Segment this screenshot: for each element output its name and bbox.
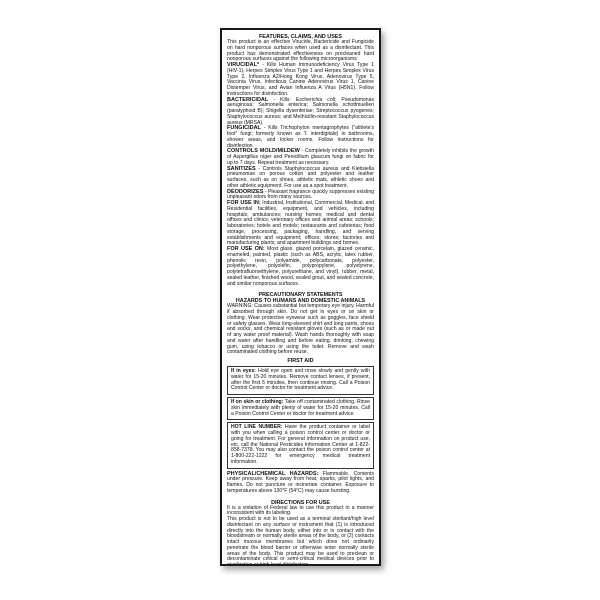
physical-hazards-text: PHYSICAL/CHEMICAL HAZARDS: Flammable. Co… xyxy=(227,472,374,495)
warning-text: WARNING: Causes substantial but temporar… xyxy=(227,304,374,356)
features-intro: This product is an effective Virucide, B… xyxy=(227,40,374,63)
first-aid-eyes-box: If in eyes: Hold eye open and rinse slow… xyxy=(227,366,374,395)
virucidal-claim: VIRUCIDAL* - Kills Human Immunodeficienc… xyxy=(227,63,374,98)
mold-claim: CONTROLS MOLD/MILDEW - Completely inhibi… xyxy=(227,149,374,166)
use-on-text: FOR USE ON: Most glass, glazed porcelain… xyxy=(227,247,374,287)
directions-restriction: This product is not to be used as a term… xyxy=(227,517,374,566)
first-aid-heading: FIRST AID xyxy=(227,358,374,364)
first-aid-boxes: If in eyes: Hold eye open and rinse slow… xyxy=(227,366,374,469)
bactericidal-claim: BACTERICIDAL - Kills: Escherichia coli; … xyxy=(227,98,374,127)
use-in-text: FOR USE IN: Industrial, Institutional, C… xyxy=(227,201,374,247)
sanitizes-claim: SANITIZES - Controls Staphylococcus aure… xyxy=(227,167,374,190)
first-aid-skin-box: If on skin or clothing: Take off contami… xyxy=(227,397,374,420)
fungicidal-claim: FUNGICIDAL - Kills Trichophyton mentagro… xyxy=(227,126,374,149)
product-label: FEATURES, CLAIMS, AND USES This product … xyxy=(220,28,381,566)
hotline-box: HOT LINE NUMBER: Have the product contai… xyxy=(227,422,374,468)
